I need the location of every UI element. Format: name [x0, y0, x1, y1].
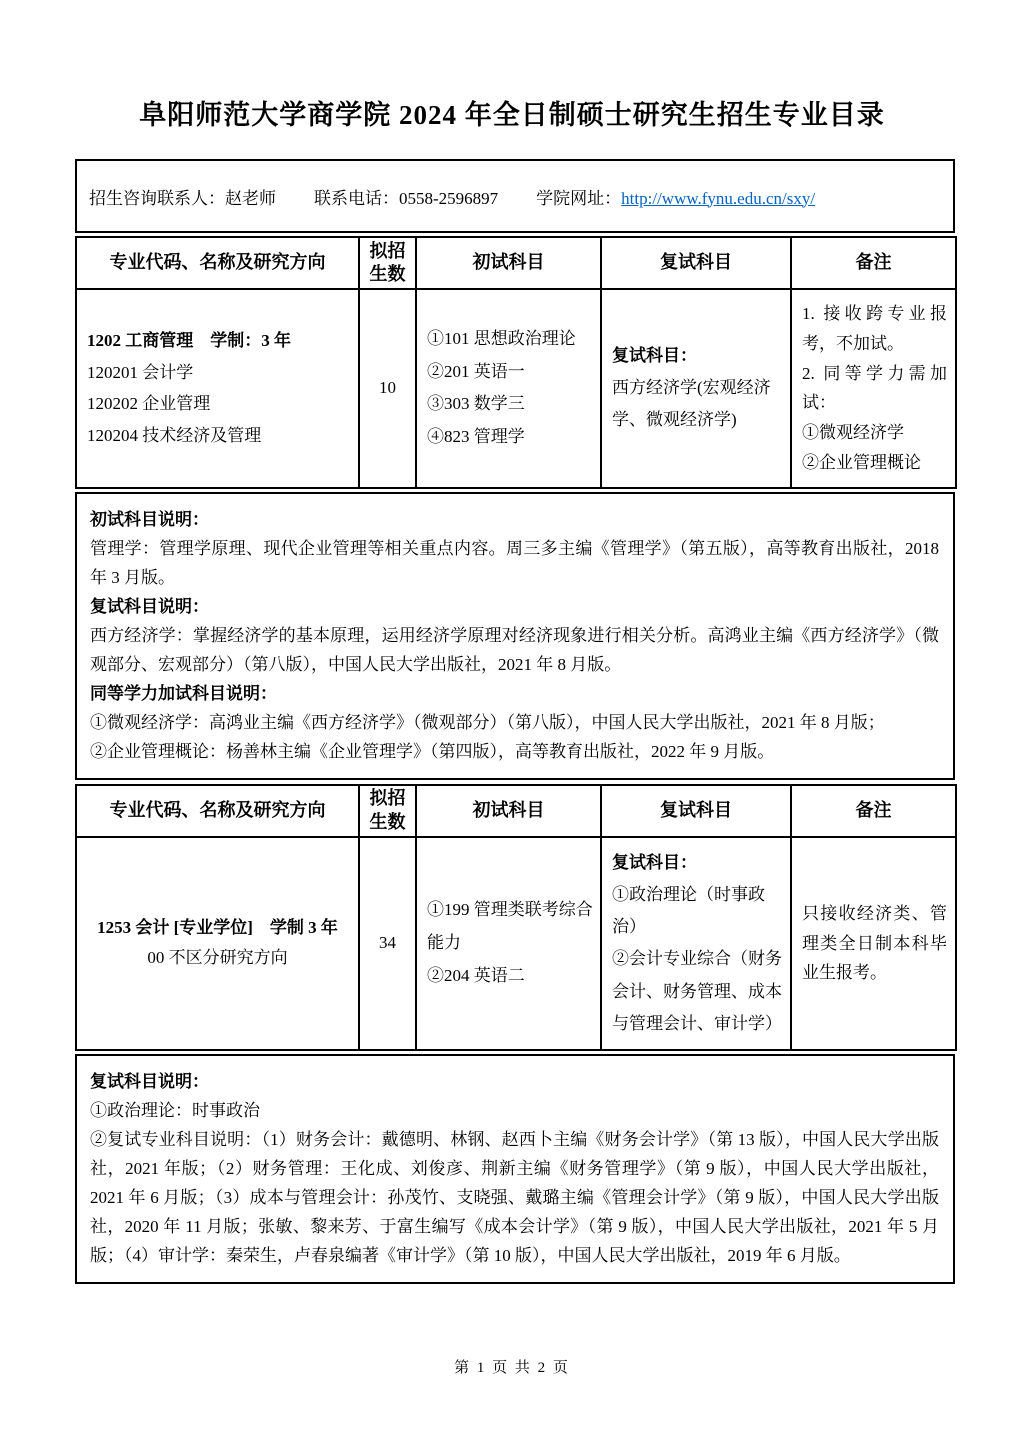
contact-website: 学院网址：http://www.fynu.edu.cn/sxy/: [536, 184, 815, 209]
notes-section-1: 初试科目说明： 管理学：管理学原理、现代企业管理等相关重点内容。周三多主编《管理…: [75, 492, 955, 780]
page-number: 第 1 页 共 2 页: [0, 1356, 1024, 1377]
program-1-retest-cell: 复试科目： 西方经济学(宏观经济学、微观经济学): [601, 289, 791, 488]
contact-person: 招生咨询联系人：赵老师: [89, 184, 276, 209]
program-2-remarks-cell: 只接收经济类、管理类全日制本科毕业生报考。: [791, 837, 956, 1051]
retest-heading: 复试科目：: [612, 340, 784, 372]
column-header-quota: 拟招生数: [359, 237, 416, 289]
column-header-program: 专业代码、名称及研究方向: [76, 785, 359, 837]
column-header-remarks: 备注: [791, 785, 956, 837]
initial-subject: ①101 思想政治理论: [427, 323, 594, 356]
notes-1-equivalency-item: ①微观经济学：高鸿业主编《西方经济学》（微观部分）（第八版），中国人民大学出版社…: [90, 708, 939, 737]
program-1-direction: 120201 会计学: [87, 357, 350, 388]
column-header-retest: 复试科目: [601, 785, 791, 837]
program-2-row: 1253 会计 [专业学位] 学制 3 年 00 不区分研究方向 34 ①199…: [76, 837, 956, 1051]
program-2-title: 1253 会计 [专业学位] 学制 3 年: [81, 913, 354, 944]
document-page: 阜阳师范大学商学院 2024 年全日制硕士研究生招生专业目录 招生咨询联系人：赵…: [0, 0, 1024, 1448]
program-1-title: 1202 工商管理 学制：3 年: [87, 325, 350, 356]
program-table-2: 专业代码、名称及研究方向 拟招生数 初试科目 复试科目 备注 1253 会计 […: [75, 784, 957, 1052]
retest-item: ②会计专业综合（财务会计、财务管理、成本与管理会计、审计学）: [612, 943, 784, 1040]
column-header-initial: 初试科目: [416, 237, 601, 289]
program-1-row: 1202 工商管理 学制：3 年 120201 会计学 120202 企业管理 …: [76, 289, 956, 488]
table-2-header-row: 专业代码、名称及研究方向 拟招生数 初试科目 复试科目 备注: [76, 785, 956, 837]
website-link[interactable]: http://www.fynu.edu.cn/sxy/: [621, 189, 815, 208]
notes-1-retest-text: 西方经济学：掌握经济学的基本原理，运用经济学原理对经济现象进行相关分析。高鸿业主…: [90, 621, 939, 679]
table-1-header-row: 专业代码、名称及研究方向 拟招生数 初试科目 复试科目 备注: [76, 237, 956, 289]
contact-phone-label: 联系电话：: [314, 189, 399, 208]
contact-info-box: 招生咨询联系人：赵老师 联系电话：0558-2596897 学院网址：http:…: [75, 159, 955, 233]
program-1-quota-cell: 10: [359, 289, 416, 488]
column-header-quota-line1: 拟招: [360, 787, 415, 810]
program-2-quota-cell: 34: [359, 837, 416, 1051]
remark-item: ①微观经济学: [802, 418, 947, 448]
notes-1-initial-text: 管理学：管理学原理、现代企业管理等相关重点内容。周三多主编《管理学》（第五版），…: [90, 534, 939, 592]
initial-subject: ③303 数学三: [427, 388, 594, 421]
column-header-remarks: 备注: [791, 237, 956, 289]
notes-2-item: ②复试专业科目说明：（1）财务会计：戴德明、林钢、赵西卜主编《财务会计学》（第 …: [90, 1125, 939, 1270]
initial-subject: ④823 管理学: [427, 421, 594, 454]
column-header-initial: 初试科目: [416, 785, 601, 837]
notes-2-item: ①政治理论：时事政治: [90, 1096, 939, 1125]
remark-item: 只接收经济类、管理类全日制本科毕业生报考。: [802, 899, 947, 988]
column-header-quota-line2: 生数: [360, 811, 415, 834]
notes-1-retest-heading: 复试科目说明：: [90, 592, 939, 621]
contact-phone: 联系电话：0558-2596897: [314, 184, 498, 209]
contact-phone-value: 0558-2596897: [399, 189, 498, 208]
contact-person-value: 赵老师: [225, 189, 276, 208]
initial-subject: ①199 管理类联考综合能力: [427, 894, 594, 959]
page-title: 阜阳师范大学商学院 2024 年全日制硕士研究生招生专业目录: [0, 0, 1024, 132]
notes-2-retest-heading: 复试科目说明：: [90, 1067, 939, 1096]
notes-1-initial-heading: 初试科目说明：: [90, 505, 939, 534]
notes-section-2: 复试科目说明： ①政治理论：时事政治 ②复试专业科目说明：（1）财务会计：戴德明…: [75, 1054, 955, 1284]
contact-website-label: 学院网址：: [536, 189, 621, 208]
retest-content: 西方经济学(宏观经济学、微观经济学): [612, 372, 784, 437]
column-header-quota-line2: 生数: [360, 263, 415, 286]
column-header-quota: 拟招生数: [359, 785, 416, 837]
initial-subject: ②201 英语一: [427, 356, 594, 389]
remark-item: 2. 同等学力需加试：: [802, 359, 947, 419]
remark-item: 1. 接收跨专业报考，不加试。: [802, 299, 947, 359]
contact-person-label: 招生咨询联系人：: [89, 189, 225, 208]
column-header-quota-line1: 拟招: [360, 240, 415, 263]
retest-heading: 复试科目：: [612, 847, 784, 879]
document-body: 招生咨询联系人：赵老师 联系电话：0558-2596897 学院网址：http:…: [75, 159, 955, 1284]
program-2-retest-cell: 复试科目： ①政治理论（时事政治） ②会计专业综合（财务会计、财务管理、成本与管…: [601, 837, 791, 1051]
initial-subject: ②204 英语二: [427, 960, 594, 993]
remark-item: ②企业管理概论: [802, 448, 947, 478]
column-header-program: 专业代码、名称及研究方向: [76, 237, 359, 289]
program-1-initial-cell: ①101 思想政治理论 ②201 英语一 ③303 数学三 ④823 管理学: [416, 289, 601, 488]
column-header-retest: 复试科目: [601, 237, 791, 289]
notes-1-equivalency-item: ②企业管理概论：杨善林主编《企业管理学》（第四版），高等教育出版社，2022 年…: [90, 737, 939, 766]
program-2-direction: 00 不区分研究方向: [81, 943, 354, 974]
program-1-remarks-cell: 1. 接收跨专业报考，不加试。 2. 同等学力需加试： ①微观经济学 ②企业管理…: [791, 289, 956, 488]
program-1-direction: 120204 技术经济及管理: [87, 420, 350, 451]
program-2-name-cell: 1253 会计 [专业学位] 学制 3 年 00 不区分研究方向: [76, 837, 359, 1051]
program-table-1: 专业代码、名称及研究方向 拟招生数 初试科目 复试科目 备注 1202 工商管理…: [75, 236, 957, 489]
program-1-direction: 120202 企业管理: [87, 388, 350, 419]
notes-1-equivalency-heading: 同等学力加试科目说明：: [90, 679, 939, 708]
program-2-initial-cell: ①199 管理类联考综合能力 ②204 英语二: [416, 837, 601, 1051]
retest-item: ①政治理论（时事政治）: [612, 879, 784, 944]
program-1-name-cell: 1202 工商管理 学制：3 年 120201 会计学 120202 企业管理 …: [76, 289, 359, 488]
